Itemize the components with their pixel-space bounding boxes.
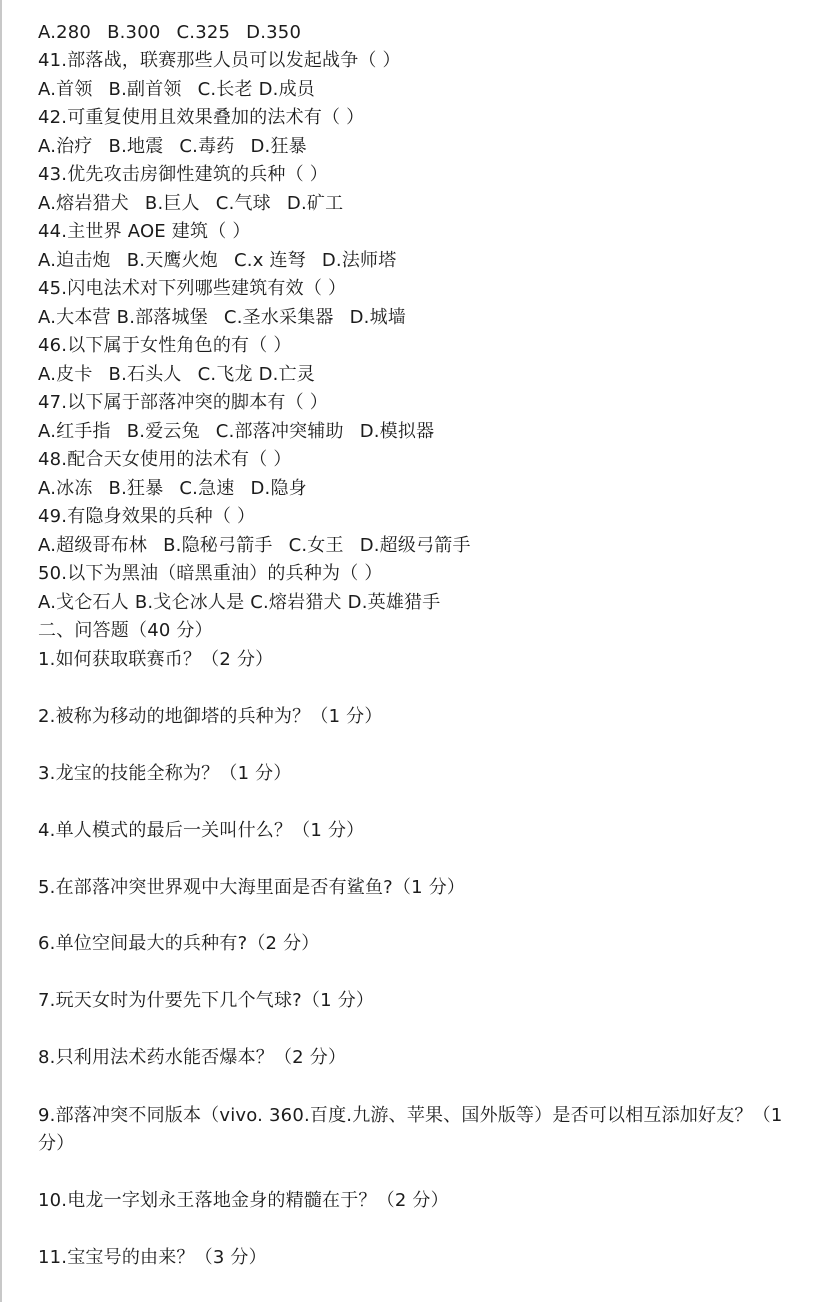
option: A.迫击炮 bbox=[38, 250, 111, 271]
option: C.部落冲突辅助 bbox=[216, 421, 344, 442]
option: B.隐秘弓箭手 bbox=[163, 535, 272, 556]
option: B.巨人 bbox=[145, 193, 200, 214]
option: A.熔岩猎犬 bbox=[38, 193, 129, 214]
option: A.戈仑石人 B.戈仑冰人是 C.熔岩猎犬 D.英雄猎手 bbox=[38, 592, 440, 613]
option: C.圣水采集器 bbox=[224, 307, 334, 328]
short-question-6: 6.单位空间最大的兵种有?（2 分） bbox=[38, 932, 320, 956]
mc-options-48: A.冰冻B.狂暴C.急速D.隐身 bbox=[38, 477, 307, 501]
option: C.气球 bbox=[216, 193, 271, 214]
option: C.女王 bbox=[289, 535, 344, 556]
mc-options-40: A.280B.300C.325D.350 bbox=[38, 21, 301, 45]
question-49: 49.有隐身效果的兵种（ ） bbox=[38, 505, 255, 529]
option: D.法师塔 bbox=[322, 250, 397, 271]
question-48: 48.配合天女使用的法术有（ ） bbox=[38, 448, 292, 472]
option: B.石头人 bbox=[109, 364, 182, 385]
option: D.隐身 bbox=[251, 478, 307, 499]
mc-options-43: A.熔岩猎犬B.巨人C.气球D.矿工 bbox=[38, 192, 343, 216]
section-heading: 二、问答题（40 分） bbox=[38, 619, 213, 643]
option: B.天鹰火炮 bbox=[127, 250, 218, 271]
option: C.x 连弩 bbox=[234, 250, 306, 271]
option: D.狂暴 bbox=[251, 136, 307, 157]
option: C.长老 D.成员 bbox=[198, 79, 315, 100]
short-question-7: 7.玩天女时为什要先下几个气球?（1 分） bbox=[38, 989, 374, 1013]
mc-options-41: A.首领B.副首领C.长老 D.成员 bbox=[38, 78, 315, 102]
short-question-9: 9.部落冲突不同版本（vivo. 360.百度.九游、苹果、国外版等）是否可以相… bbox=[38, 1102, 808, 1158]
mc-options-42: A.治疗B.地震C.毒药D.狂暴 bbox=[38, 135, 307, 159]
mc-options-46: A.皮卡B.石头人C.飞龙 D.亡灵 bbox=[38, 363, 315, 387]
option: A.280 bbox=[38, 22, 91, 43]
short-question-4: 4.单人模式的最后一关叫什么？（1 分） bbox=[38, 819, 364, 843]
option: A.大本营 B.部落城堡 bbox=[38, 307, 208, 328]
short-question-11: 11.宝宝号的由来？（3 分） bbox=[38, 1246, 267, 1270]
option: C.急速 bbox=[179, 478, 234, 499]
option: D.超级弓箭手 bbox=[360, 535, 471, 556]
option: C.飞龙 D.亡灵 bbox=[198, 364, 315, 385]
short-question-2: 2.被称为移动的地御塔的兵种为？（1 分） bbox=[38, 705, 383, 729]
short-question-10: 10.电龙一字划永王落地金身的精髓在于？（2 分） bbox=[38, 1189, 449, 1213]
option: A.超级哥布林 bbox=[38, 535, 147, 556]
option: A.皮卡 bbox=[38, 364, 93, 385]
mc-options-49: A.超级哥布林B.隐秘弓箭手C.女王D.超级弓箭手 bbox=[38, 534, 471, 558]
option: A.首领 bbox=[38, 79, 93, 100]
option: A.治疗 bbox=[38, 136, 93, 157]
option: B.地震 bbox=[109, 136, 164, 157]
option: B.狂暴 bbox=[109, 478, 164, 499]
option: B.副首领 bbox=[109, 79, 182, 100]
question-43: 43.优先攻击房御性建筑的兵种（ ） bbox=[38, 163, 328, 187]
question-44: 44.主世界 AOE 建筑（ ） bbox=[38, 220, 251, 244]
mc-options-44: A.迫击炮B.天鹰火炮C.x 连弩D.法师塔 bbox=[38, 249, 396, 273]
short-question-1: 1.如何获取联赛币？（2 分） bbox=[38, 648, 273, 672]
option: B.300 bbox=[107, 22, 160, 43]
option: D.城墙 bbox=[350, 307, 406, 328]
option: D.模拟器 bbox=[360, 421, 435, 442]
question-50: 50.以下为黑油（暗黑重油）的兵种为（ ） bbox=[38, 562, 383, 586]
question-45: 45.闪电法术对下列哪些建筑有效（ ） bbox=[38, 277, 346, 301]
option: D.350 bbox=[246, 22, 301, 43]
short-question-8: 8.只利用法术药水能否爆本？（2 分） bbox=[38, 1046, 346, 1070]
option: D.矿工 bbox=[287, 193, 343, 214]
option: B.爱云兔 bbox=[127, 421, 200, 442]
option: C.325 bbox=[177, 22, 231, 43]
option: A.冰冻 bbox=[38, 478, 93, 499]
short-question-5: 5.在部落冲突世界观中大海里面是否有鲨鱼?（1 分） bbox=[38, 876, 465, 900]
option: C.毒药 bbox=[179, 136, 234, 157]
option: A.红手指 bbox=[38, 421, 111, 442]
page-left-border bbox=[0, 0, 2, 1302]
mc-options-47: A.红手指B.爱云兔C.部落冲突辅助D.模拟器 bbox=[38, 420, 434, 444]
short-question-3: 3.龙宝的技能全称为？（1 分） bbox=[38, 762, 292, 786]
mc-options-45: A.大本营 B.部落城堡C.圣水采集器D.城墙 bbox=[38, 306, 406, 330]
question-41: 41.部落战，联赛那些人员可以发起战争（ ） bbox=[38, 49, 401, 73]
question-47: 47.以下属于部落冲突的脚本有（ ） bbox=[38, 391, 328, 415]
question-46: 46.以下属于女性角色的有（ ） bbox=[38, 334, 292, 358]
mc-options-50: A.戈仑石人 B.戈仑冰人是 C.熔岩猎犬 D.英雄猎手 bbox=[38, 591, 440, 615]
question-42: 42.可重复使用且效果叠加的法术有（ ） bbox=[38, 106, 364, 130]
